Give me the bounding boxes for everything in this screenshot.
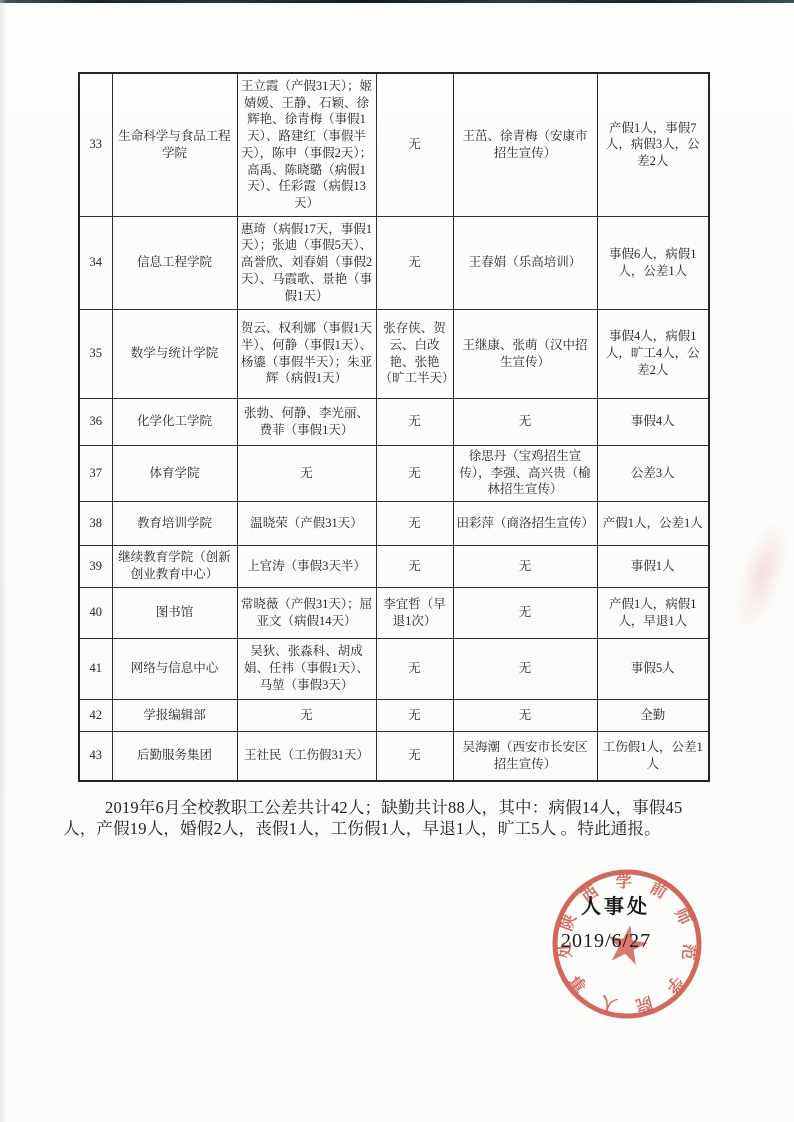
cell-row-number: 40 — [79, 587, 112, 638]
cell-leave-detail: 贺云、权利娜（事假1天半）、何静（事假1天）、杨鎏（事假半天）；朱亚辉（病假1天… — [237, 309, 376, 398]
cell-row-number: 35 — [79, 309, 112, 398]
cell-business-trip: 无 — [453, 699, 597, 731]
ink-smudge — [726, 517, 794, 634]
cell-business-trip: 吴海潮（西安市长安区招生宣传） — [453, 731, 597, 781]
cell-department: 化学化工学院 — [112, 398, 237, 445]
cell-leave-detail: 吴狄、张淼科、胡成娟、任祎（事假1天）、马堃（事假3天） — [237, 638, 376, 699]
cell-leave-detail: 王立霞（产假31天）；姬婧媛、王静、石颖、徐辉艳、徐青梅（事假1天）、路建红（事… — [237, 73, 376, 216]
cell-department: 体育学院 — [112, 445, 237, 501]
table-row: 41 网络与信息中心 吴狄、张淼科、胡成娟、任祎（事假1天）、马堃（事假3天） … — [79, 638, 709, 699]
cell-row-number: 43 — [79, 731, 112, 781]
cell-other-absence: 张存侠、贺云、白改艳、张艳（旷工半天） — [376, 309, 453, 398]
cell-row-number: 34 — [79, 216, 112, 309]
table-row: 38 教育培训学院 温晓荣（产假31天） 无 田彩萍（商洛招生宣传） 产假1人，… — [79, 501, 709, 545]
table-row: 40 图书馆 常晓薇（产假31天）；屈亚文（病假14天） 李宜哲（早退1次） 无… — [79, 587, 709, 638]
cell-business-trip: 王茁、徐青梅（安康市招生宣传） — [453, 73, 597, 216]
table-row: 39 继续教育学院（创新创业教育中心） 上官涛（事假3天半） 无 无 事假1人 — [79, 545, 709, 587]
table-row: 34 信息工程学院 惠琦（病假17天，事假1天）；张迪（事假5天）、高誉欣、刘春… — [79, 216, 709, 309]
cell-leave-detail: 无 — [237, 699, 376, 731]
cell-other-absence: 无 — [376, 731, 453, 781]
cell-leave-detail: 惠琦（病假17天，事假1天）；张迪（事假5天）、高誉欣、刘春娟（事假2天）、马霞… — [237, 216, 376, 309]
cell-department: 后勤服务集团 — [112, 731, 237, 781]
scan-edge-left — [0, 0, 7, 1122]
cell-business-trip: 田彩萍（商洛招生宣传） — [453, 501, 597, 545]
cell-summary: 产假1人，公差1人 — [597, 501, 709, 545]
table-row: 36 化学化工学院 张勃、何静、李光丽、费菲（事假1天） 无 无 事假4人 — [79, 398, 709, 445]
attendance-table: 33 生命科学与食品工程学院 王立霞（产假31天）；姬婧媛、王静、石颖、徐辉艳、… — [78, 72, 710, 782]
cell-summary: 产假1人，病假1人，早退1人 — [597, 587, 709, 638]
cell-other-absence: 无 — [376, 445, 453, 501]
cell-business-trip: 徐思丹（宝鸡招生宣传），李强、高兴贵（榆林招生宣传） — [453, 445, 597, 501]
cell-other-absence: 无 — [376, 501, 453, 545]
cell-department: 网络与信息中心 — [112, 638, 237, 699]
cell-leave-detail: 温晓荣（产假31天） — [237, 501, 376, 545]
cell-department: 生命科学与食品工程学院 — [112, 73, 237, 216]
cell-business-trip: 王春娟（乐高培训） — [453, 216, 597, 309]
cell-business-trip: 无 — [453, 398, 597, 445]
cell-summary: 事假4人，病假1人，旷工4人，公差2人 — [597, 309, 709, 398]
cell-department: 图书馆 — [112, 587, 237, 638]
cell-summary: 事假1人 — [597, 545, 709, 587]
cell-business-trip: 无 — [453, 638, 597, 699]
cell-other-absence: 李宜哲（早退1次） — [376, 587, 453, 638]
cell-leave-detail: 常晓薇（产假31天）；屈亚文（病假14天） — [237, 587, 376, 638]
cell-business-trip: 王继康、张萌（汉中招生宣传） — [453, 309, 597, 398]
cell-row-number: 39 — [79, 545, 112, 587]
cell-department: 继续教育学院（创新创业教育中心） — [112, 545, 237, 587]
cell-business-trip: 无 — [453, 545, 597, 587]
table-row: 35 数学与统计学院 贺云、权利娜（事假1天半）、何静（事假1天）、杨鎏（事假半… — [79, 309, 709, 398]
cell-other-absence: 无 — [376, 398, 453, 445]
cell-department: 数学与统计学院 — [112, 309, 237, 398]
cell-business-trip: 无 — [453, 587, 597, 638]
table-row: 43 后勤服务集团 王社民（工伤假31天） 无 吴海潮（西安市长安区招生宣传） … — [79, 731, 709, 781]
cell-leave-detail: 张勃、何静、李光丽、费菲（事假1天） — [237, 398, 376, 445]
cell-row-number: 33 — [79, 73, 112, 216]
summary-paragraph: 2019年6月全校教职工公差共计42人；缺勤共计88人，其中：病假14人，事假4… — [63, 797, 709, 839]
cell-other-absence: 无 — [376, 545, 453, 587]
signature-department: 人事处 — [581, 890, 650, 919]
cell-other-absence: 无 — [376, 73, 453, 216]
scanned-document-page: 33 生命科学与食品工程学院 王立霞（产假31天）；姬婧媛、王静、石颖、徐辉艳、… — [0, 0, 794, 1122]
table-row: 37 体育学院 无 无 徐思丹（宝鸡招生宣传），李强、高兴贵（榆林招生宣传） 公… — [79, 445, 709, 501]
cell-row-number: 37 — [79, 445, 112, 501]
cell-row-number: 36 — [79, 398, 112, 445]
cell-summary: 全勤 — [597, 699, 709, 731]
cell-other-absence: 无 — [376, 216, 453, 309]
cell-other-absence: 无 — [376, 699, 453, 731]
cell-summary: 事假4人 — [597, 398, 709, 445]
cell-leave-detail: 无 — [237, 445, 376, 501]
cell-department: 教育培训学院 — [112, 501, 237, 545]
cell-row-number: 41 — [79, 638, 112, 699]
cell-summary: 产假1人，事假7人，病假3人，公差2人 — [597, 73, 709, 216]
cell-summary: 公差3人 — [597, 445, 709, 501]
scan-edge-artifact — [0, 0, 794, 3]
attendance-table-body: 33 生命科学与食品工程学院 王立霞（产假31天）；姬婧媛、王静、石颖、徐辉艳、… — [79, 73, 709, 781]
cell-leave-detail: 王社民（工伤假31天） — [237, 731, 376, 781]
cell-summary: 事假5人 — [597, 638, 709, 699]
cell-leave-detail: 上官涛（事假3天半） — [237, 545, 376, 587]
table-row: 33 生命科学与食品工程学院 王立霞（产假31天）；姬婧媛、王静、石颖、徐辉艳、… — [79, 73, 709, 216]
cell-row-number: 38 — [79, 501, 112, 545]
cell-department: 信息工程学院 — [112, 216, 237, 309]
cell-row-number: 42 — [79, 699, 112, 731]
signature-date: 2019/6/27 — [561, 930, 651, 953]
cell-other-absence: 无 — [376, 638, 453, 699]
cell-summary: 事假6人，病假1人，公差1人 — [597, 216, 709, 309]
table-row: 42 学报编辑部 无 无 无 全勤 — [79, 699, 709, 731]
cell-department: 学报编辑部 — [112, 699, 237, 731]
cell-summary: 工伤假1人，公差1人 — [597, 731, 709, 781]
